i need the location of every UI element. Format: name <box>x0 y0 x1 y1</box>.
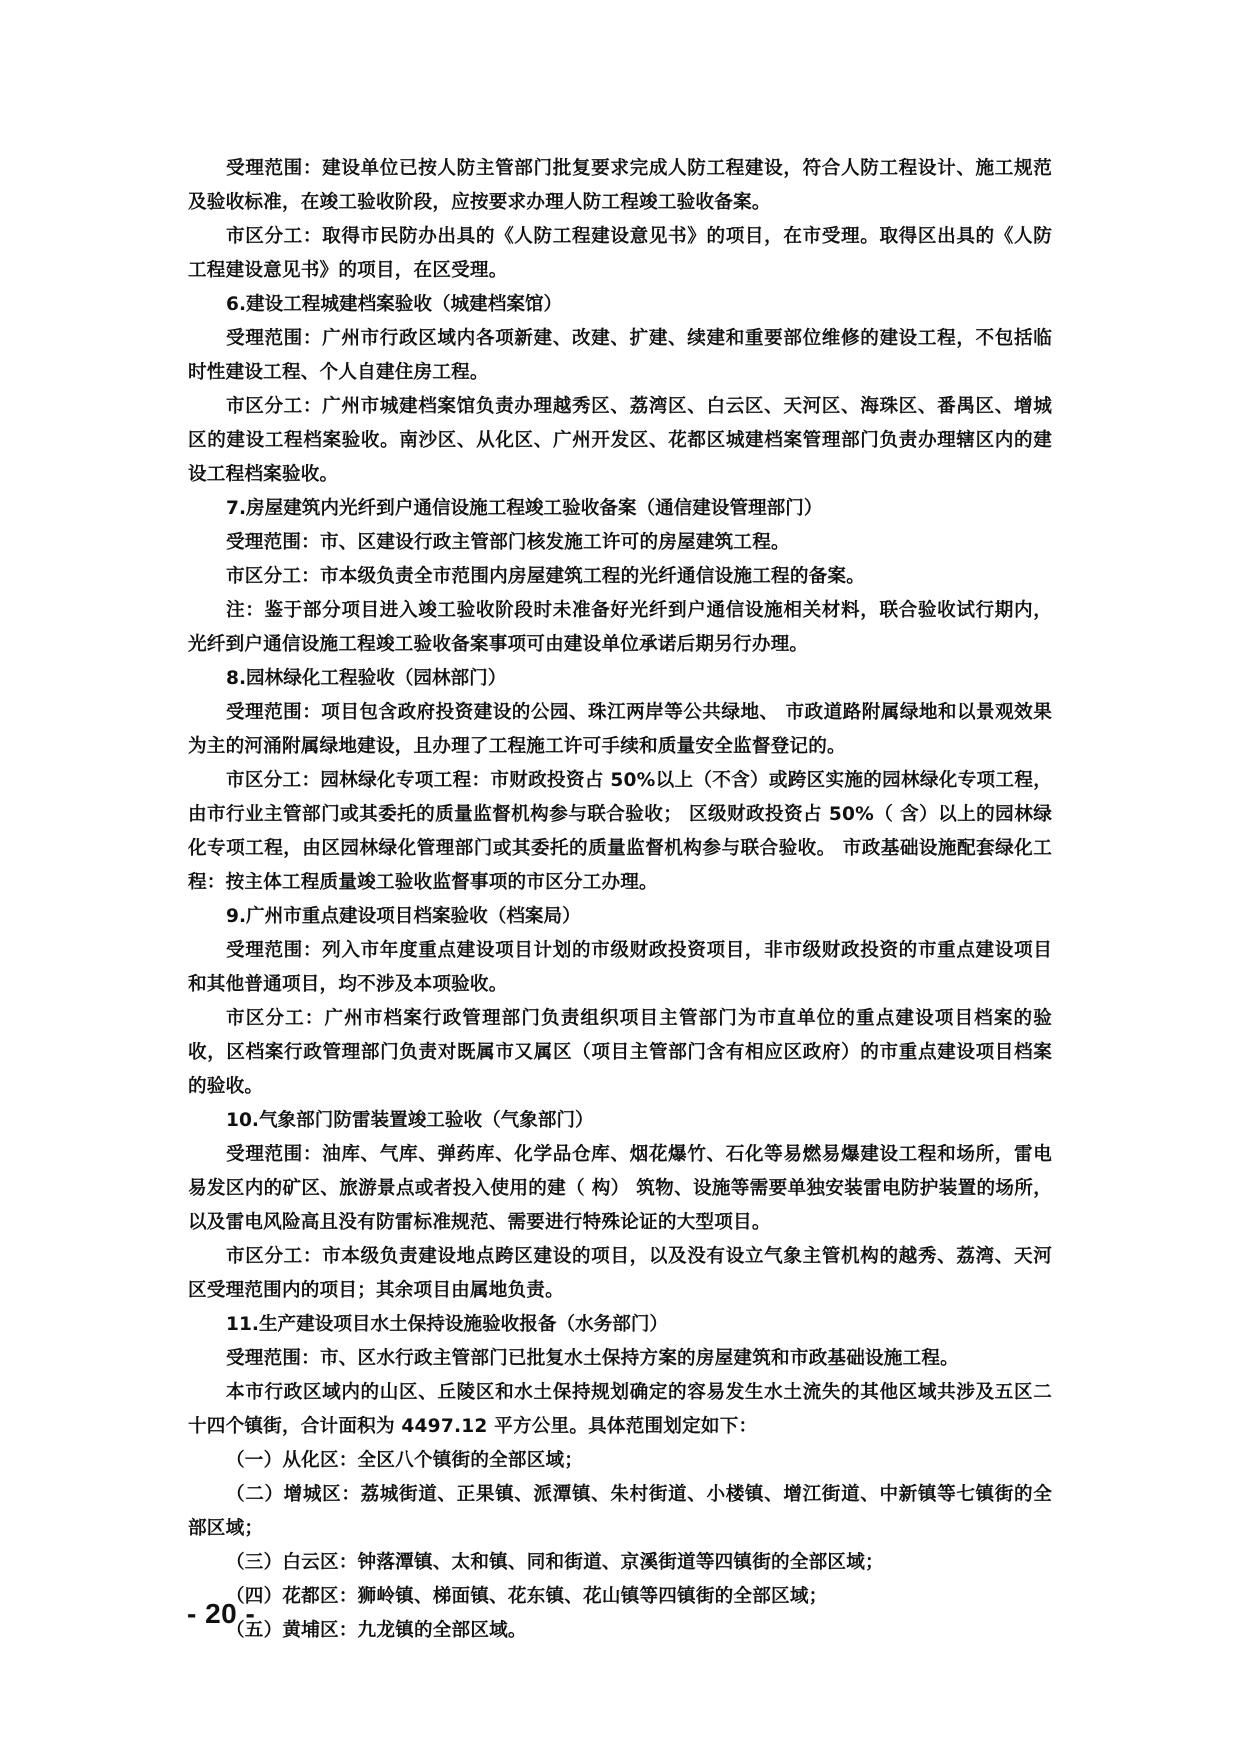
section-heading-7: 7.房屋建筑内光纤到户通信设施工程竣工验收备案（通信建设管理部门） <box>188 492 1052 526</box>
paragraph-archive-division: 市区分工：广州市城建档案馆负责办理越秀区、荔湾区、白云区、天河区、海珠区、番禺区… <box>188 390 1052 492</box>
paragraph-key-project-scope: 受理范围：列入市年度重点建设项目计划的市级财政投资项目，非市级财政投资的市重点建… <box>188 934 1052 1002</box>
paragraph-lightning-scope: 受理范围：油库、气库、弹药库、化学品仓库、烟花爆竹、石化等易燃易爆建设工程和场所… <box>188 1138 1052 1240</box>
section-heading-8: 8.园林绿化工程验收（园林部门） <box>188 662 1052 696</box>
paragraph-water-area: 本市行政区域内的山区、丘陵区和水土保持规划确定的容易发生水土流失的其他区域共涉及… <box>188 1376 1052 1444</box>
paragraph-water-scope: 受理范围：市、区水行政主管部门已批复水土保持方案的房屋建筑和市政基础设施工程。 <box>188 1342 1052 1376</box>
paragraph-key-project-division: 市区分工：广州市档案行政管理部门负责组织项目主管部门为市直单位的重点建设项目档案… <box>188 1002 1052 1104</box>
list-item-huadu: （四）花都区：狮岭镇、梯面镇、花东镇、花山镇等四镇街的全部区域； <box>188 1580 1052 1614</box>
list-item-huangpu: （五）黄埔区：九龙镇的全部区域。 <box>188 1614 1052 1648</box>
paragraph-landscape-division: 市区分工：园林绿化专项工程：市财政投资占 50%以上（不含）或跨区实施的园林绿化… <box>188 764 1052 900</box>
paragraph-fiber-note: 注：鉴于部分项目进入竣工验收阶段时未准备好光纤到户通信设施相关材料，联合验收试行… <box>188 594 1052 662</box>
list-item-baiyun: （三）白云区：钟落潭镇、太和镇、同和街道、京溪街道等四镇街的全部区域； <box>188 1546 1052 1580</box>
section-heading-6: 6.建设工程城建档案验收（城建档案馆） <box>188 288 1052 322</box>
paragraph-civil-defense-division: 市区分工：取得市民防办出具的《人防工程建设意见书》的项目，在市受理。取得区出具的… <box>188 220 1052 288</box>
section-heading-11: 11.生产建设项目水土保持设施验收报备（水务部门） <box>188 1308 1052 1342</box>
paragraph-fiber-scope: 受理范围：市、区建设行政主管部门核发施工许可的房屋建筑工程。 <box>188 526 1052 560</box>
paragraph-landscape-scope: 受理范围：项目包含政府投资建设的公园、珠江两岸等公共绿地、 市政道路附属绿地和以… <box>188 696 1052 764</box>
paragraph-fiber-division: 市区分工：市本级负责全市范围内房屋建筑工程的光纤通信设施工程的备案。 <box>188 560 1052 594</box>
section-heading-9: 9.广州市重点建设项目档案验收（档案局） <box>188 900 1052 934</box>
paragraph-archive-scope: 受理范围：广州市行政区域内各项新建、改建、扩建、续建和重要部位维修的建设工程，不… <box>188 322 1052 390</box>
page-number: - 20 - <box>187 1598 255 1630</box>
list-item-conghua: （一）从化区：全区八个镇街的全部区域； <box>188 1444 1052 1478</box>
section-heading-10: 10.气象部门防雷装置竣工验收（气象部门） <box>188 1104 1052 1138</box>
paragraph-lightning-division: 市区分工：市本级负责建设地点跨区建设的项目，以及没有设立气象主管机构的越秀、荔湾… <box>188 1240 1052 1308</box>
paragraph-civil-defense-scope: 受理范围：建设单位已按人防主管部门批复要求完成人防工程建设，符合人防工程设计、施… <box>188 152 1052 220</box>
list-item-zengcheng: （二）增城区：荔城街道、正果镇、派潭镇、朱村街道、小楼镇、增江街道、中新镇等七镇… <box>188 1478 1052 1546</box>
document-body: 受理范围：建设单位已按人防主管部门批复要求完成人防工程建设，符合人防工程设计、施… <box>188 152 1052 1648</box>
